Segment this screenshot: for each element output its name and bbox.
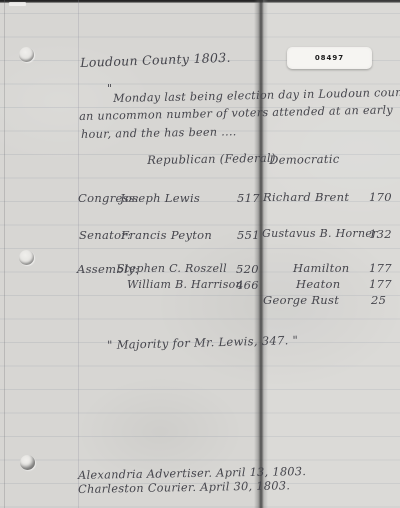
excerpt-line-1: Monday last being election day in Loudou…	[113, 86, 400, 105]
row-rep-votes: 466	[236, 278, 259, 292]
row-rep-name: William B. Harrison	[127, 278, 243, 291]
row-dem-name: Richard Brent	[263, 190, 349, 204]
catalog-number: 08497	[315, 54, 344, 62]
excerpt-open-quote: "	[107, 82, 112, 95]
excerpt-line-2: an uncommon number of voters attended at…	[79, 103, 393, 123]
page-title: Loudoun County 1803.	[80, 50, 231, 70]
row-dem-votes: 132	[369, 227, 392, 241]
table-header-democratic: Democratic	[269, 152, 340, 167]
ruled-lines	[0, 0, 400, 508]
row-dem-name: Gustavus B. Horner	[262, 227, 378, 240]
row-rep-name: Francis Peyton	[121, 228, 212, 242]
page-fold-shadow	[254, 0, 268, 508]
excerpt-line-3: hour, and the has been ....	[81, 125, 237, 141]
punch-hole-top	[19, 47, 34, 62]
paper-left-edge	[4, 0, 5, 508]
row-dem-votes: 25	[371, 293, 386, 307]
majority-note: " Majority for Mr. Lewis, 347. "	[107, 333, 298, 352]
row-rep-votes: 520	[236, 262, 259, 276]
row-rep-name: Joseph Lewis	[120, 191, 200, 205]
catalog-sticker: 08497	[287, 47, 372, 69]
paper-texture	[0, 0, 400, 508]
scan-top-notch	[9, 2, 26, 6]
row-dem-name: Hamilton	[293, 261, 350, 275]
row-dem-votes: 177	[369, 277, 392, 291]
row-rep-name: Stephen C. Roszell	[117, 262, 227, 275]
citation-2: Charleston Courier. April 30, 1803.	[78, 479, 290, 496]
punch-hole-bottom	[20, 455, 35, 470]
row-rep-votes: 551	[237, 228, 260, 242]
right-page-tint	[263, 0, 400, 508]
margin-line	[78, 0, 79, 508]
scan-top-edge	[0, 0, 400, 3]
punch-hole-middle	[19, 250, 34, 265]
row-rep-votes: 517	[237, 191, 260, 205]
row-dem-name: George Rust	[263, 293, 339, 307]
row-dem-votes: 177	[369, 261, 392, 275]
row-dem-votes: 170	[369, 190, 392, 204]
row-dem-name: Heaton	[296, 277, 340, 291]
table-header-republican: Republican (Federal)	[147, 151, 276, 167]
scanned-notebook-page: 08497 Loudoun County 1803. " Monday last…	[0, 0, 400, 508]
